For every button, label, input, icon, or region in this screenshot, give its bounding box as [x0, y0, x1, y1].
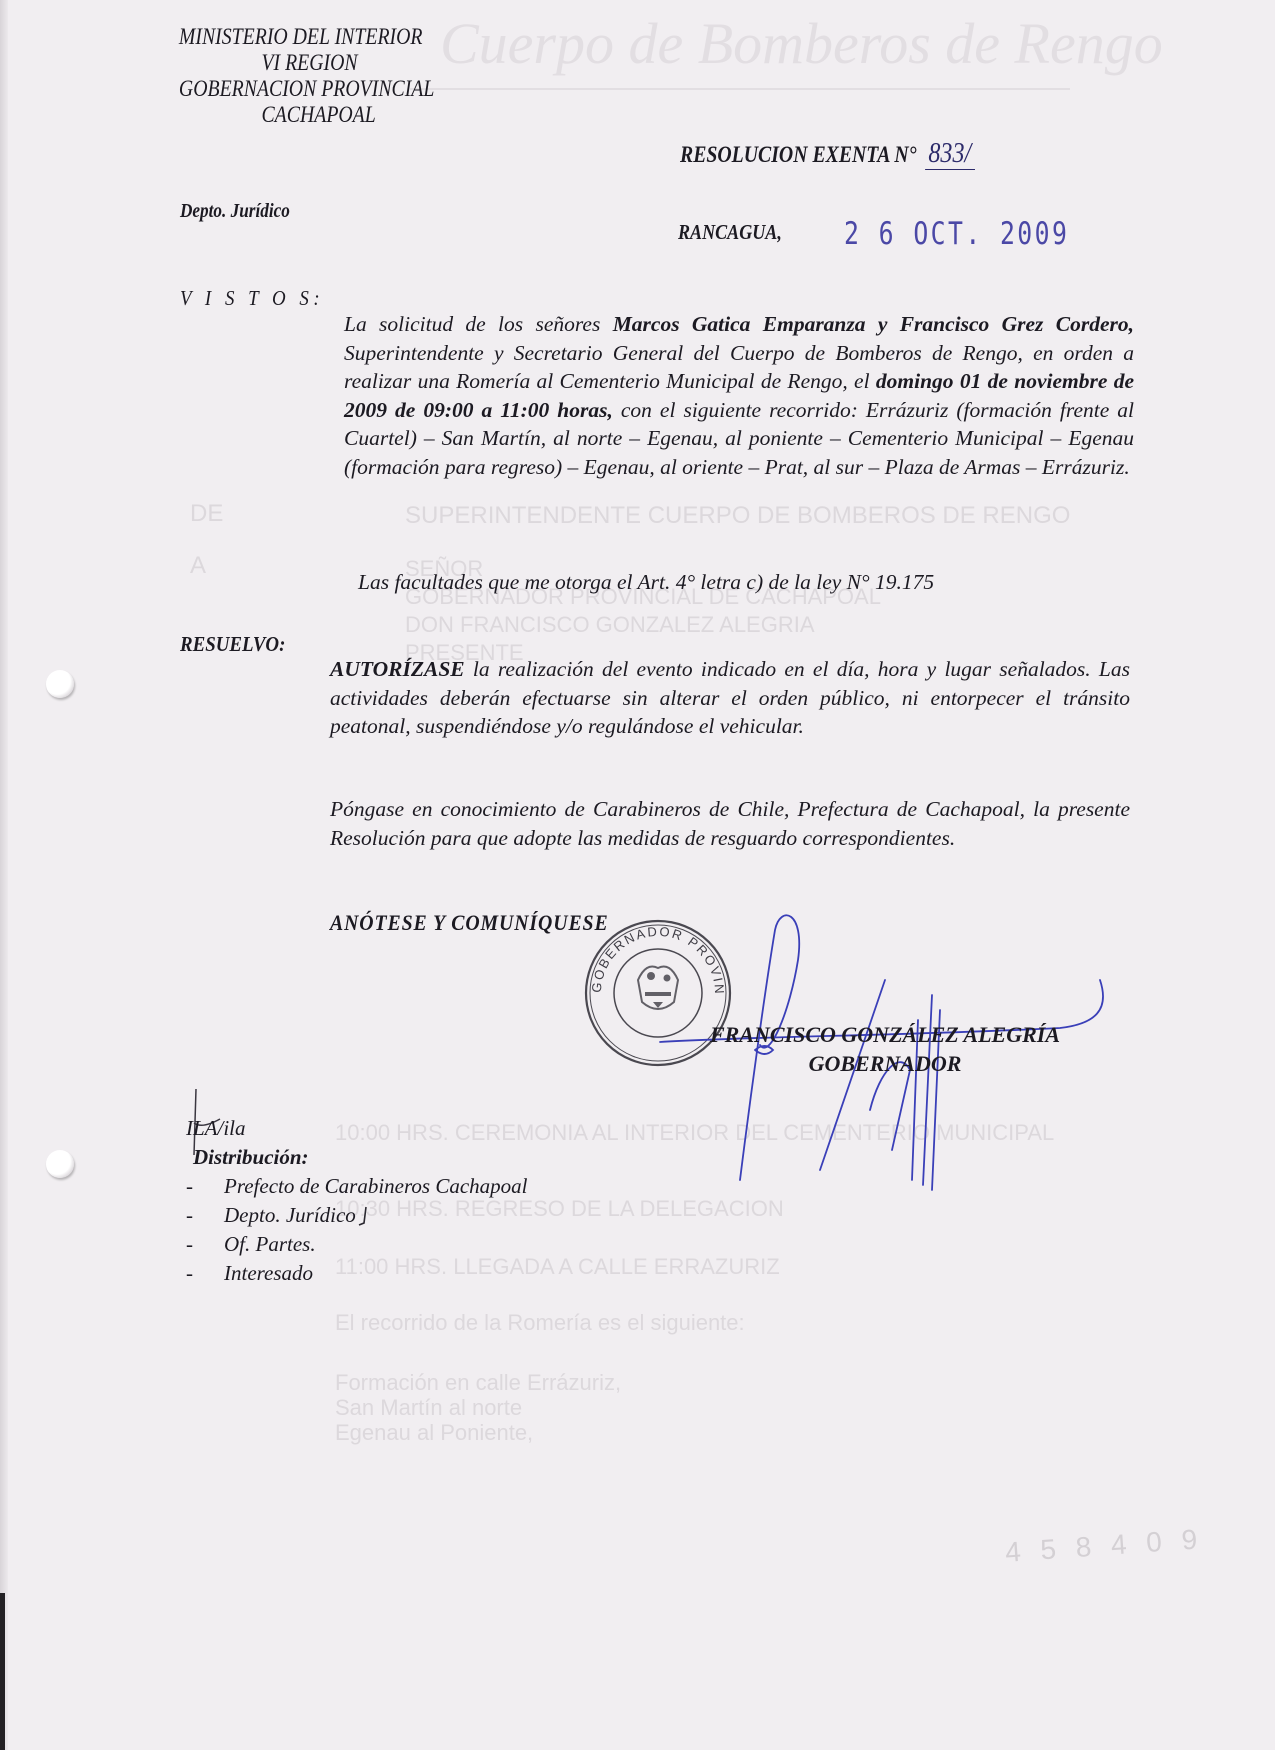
- resuelvo-label: RESUELVO:: [180, 632, 285, 657]
- vistos-label: V I S T O S:: [180, 286, 324, 311]
- place-name: RANCAGUA,: [678, 220, 782, 245]
- signatory-name: FRANCISCO GONZÁLEZ ALEGRÍA: [680, 1020, 1090, 1049]
- header-line: GOBERNACION PROVINCIAL: [160, 76, 470, 102]
- bleed-through-line: DE: [190, 500, 223, 528]
- signatory-block: FRANCISCO GONZÁLEZ ALEGRÍA GOBERNADOR: [680, 1020, 1090, 1078]
- header-line: CACHAPOAL: [160, 102, 470, 128]
- legal-basis: Las facultades que me otorga el Art. 4° …: [358, 568, 1118, 597]
- bleed-through-line: DON FRANCISCO GONZALEZ ALEGRIA: [405, 612, 815, 638]
- place-date: RANCAGUA, 2 6 OCT. 2009: [678, 220, 799, 245]
- bleed-through-line: Formación en calle Errázuriz,: [335, 1370, 621, 1396]
- bleed-through-line: Egenau al Poniente,: [335, 1420, 533, 1446]
- resolution-heading: RESOLUCION EXENTA N° 833/: [680, 138, 975, 170]
- authorization-keyword: AUTORÍZASE: [330, 657, 465, 681]
- distribution-item: -Prefecto de Carabineros Cachapoal: [186, 1172, 528, 1201]
- header-line: VI REGION: [160, 50, 470, 76]
- vistos-paragraph: La solicitud de los señores Marcos Gatic…: [344, 310, 1134, 482]
- typist-initials: ILA/ila: [186, 1116, 246, 1141]
- check-mark-icon: [356, 1205, 370, 1227]
- bleed-through-line: SUPERINTENDENTE CUERPO DE BOMBEROS DE RE…: [405, 502, 1070, 530]
- header-line: MINISTERIO DEL INTERIOR: [160, 24, 470, 50]
- distribution-title: Distribución:: [193, 1145, 309, 1170]
- resolution-number: 833/: [925, 138, 975, 170]
- punch-hole-bottom: [46, 1150, 74, 1178]
- scan-page-edge: [0, 0, 8, 1750]
- distribution-list: -Prefecto de Carabineros Cachapoal -Dept…: [186, 1172, 528, 1288]
- closing-formula: ANÓTESE Y COMUNÍQUESE: [330, 910, 609, 936]
- scan-dark-edge: [0, 1593, 5, 1750]
- bleed-through-rule: [410, 88, 1070, 90]
- bleed-through-line: El recorrido de la Romería es el siguien…: [335, 1310, 745, 1336]
- department-label: Depto. Jurídico: [180, 200, 290, 223]
- authorization-paragraph: AUTORÍZASE la realización del evento ind…: [330, 655, 1130, 741]
- bleed-through-line: San Martín al norte: [335, 1395, 522, 1421]
- distribution-item: -Of. Partes.: [186, 1230, 528, 1259]
- pencil-note: 4 5 8 4 0 9: [1004, 1523, 1204, 1569]
- bleed-through-line: A: [190, 552, 206, 580]
- signatory-title: GOBERNADOR: [680, 1049, 1090, 1078]
- punch-hole-top: [46, 670, 74, 698]
- bleed-through-letterhead: Cuerpo de Bomberos de Rengo: [440, 10, 1163, 77]
- distribution-item: -Interesado: [186, 1259, 528, 1288]
- resolution-label: RESOLUCION EXENTA N°: [680, 142, 917, 167]
- petitioners-names: Marcos Gatica Emparanza y Francisco Grez…: [613, 312, 1134, 336]
- notification-paragraph: Póngase en conocimiento de Carabineros d…: [330, 795, 1130, 852]
- ministry-header: MINISTERIO DEL INTERIOR VI REGION GOBERN…: [160, 24, 470, 128]
- date-stamp: 2 6 OCT. 2009: [844, 216, 1069, 252]
